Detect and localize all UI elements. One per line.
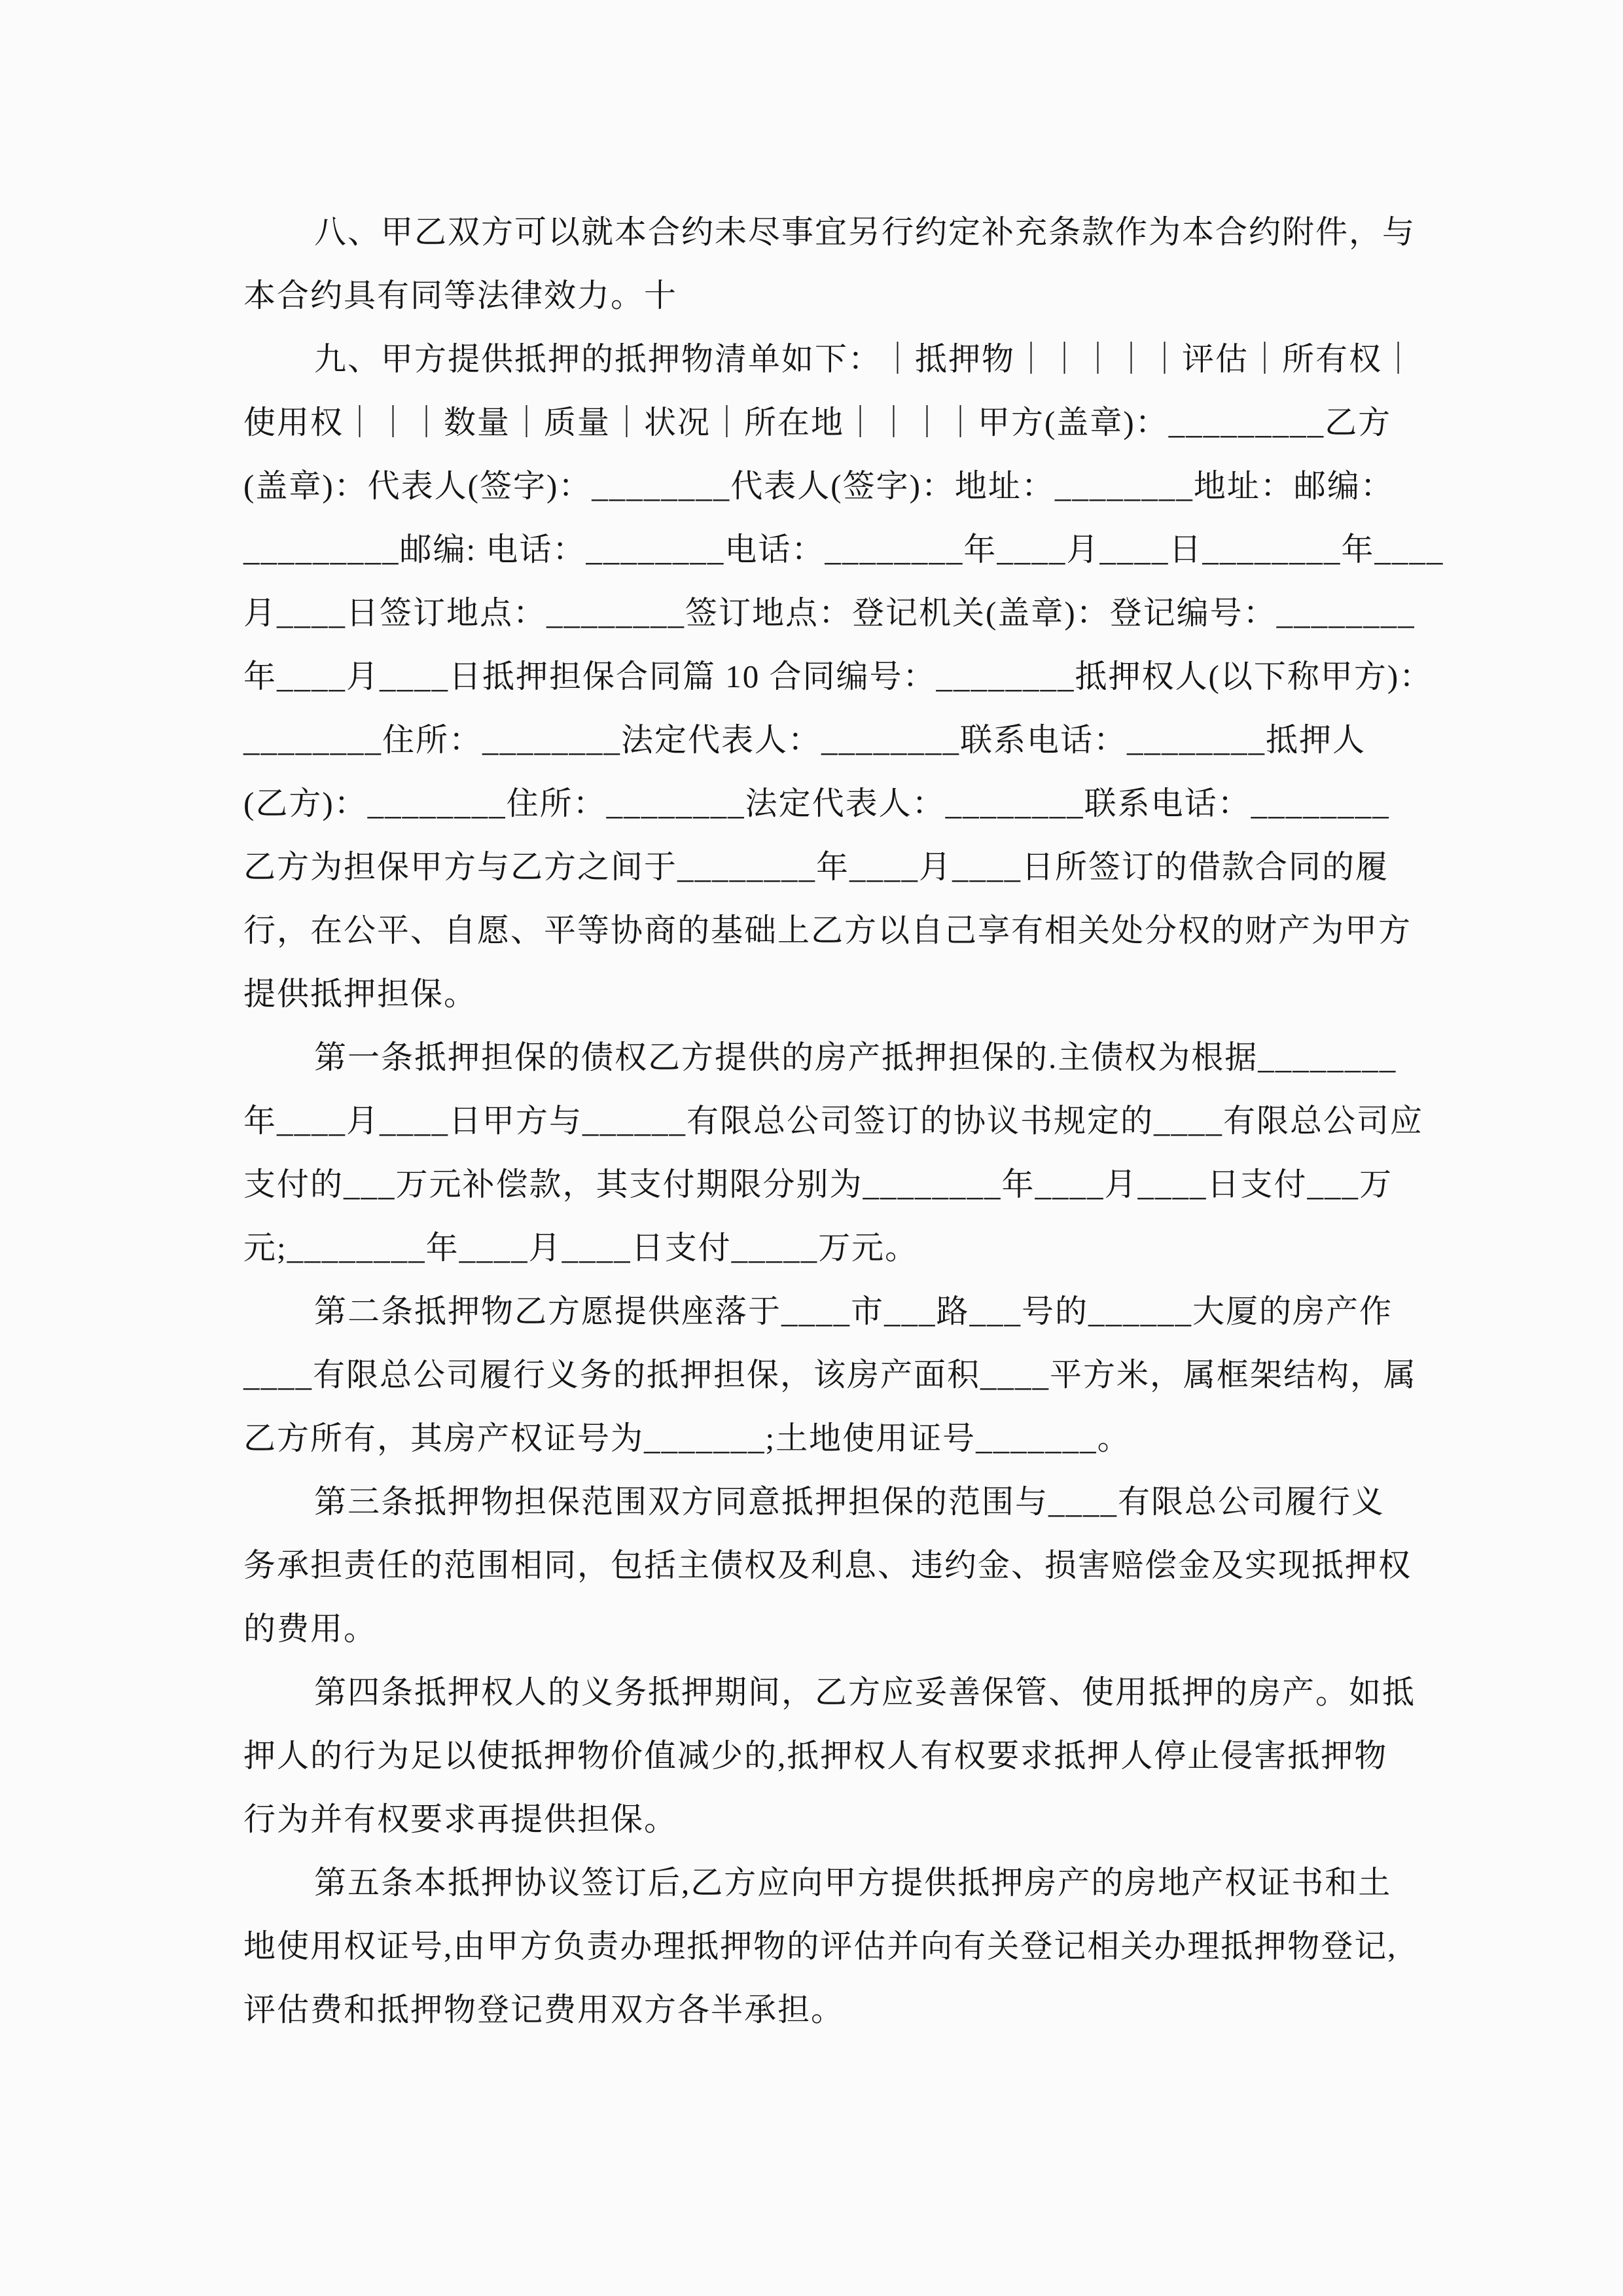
- text-line: 年____月____日抵押担保合同篇 10 合同编号：________抵押权人(…: [243, 645, 1408, 708]
- text-line: 行，在公平、自愿、平等协商的基础上乙方以自己享有相关处分权的财产为甲方: [243, 899, 1408, 962]
- text-line: 八、甲乙双方可以就本合约未尽事宜另行约定补充条款作为本合约附件，与: [243, 200, 1408, 264]
- text-line: 评估费和抵押物登记费用双方各半承担。: [243, 1978, 1408, 2041]
- paragraph: 第一条抵押担保的债权乙方提供的房产抵押担保的.主债权为根据________年__…: [243, 1026, 1408, 1280]
- paragraph: 第五条本抵押协议签订后,乙方应向甲方提供抵押房产的房地产权证书和土地使用权证号,…: [243, 1851, 1408, 2041]
- text-line: 九、甲方提供抵押的抵押物清单如下：｜抵押物｜｜｜｜｜评估｜所有权｜: [243, 327, 1408, 391]
- text-line: (乙方)：________住所：________法定代表人：________联系…: [243, 772, 1408, 835]
- paragraph: 九、甲方提供抵押的抵押物清单如下：｜抵押物｜｜｜｜｜评估｜所有权｜使用权｜｜｜数…: [243, 327, 1408, 1026]
- text-line: 第五条本抵押协议签订后,乙方应向甲方提供抵押房产的房地产权证书和土: [243, 1851, 1408, 1914]
- text-line: 月____日签订地点：________签订地点：登记机关(盖章)：登记编号：__…: [243, 581, 1408, 645]
- text-line: 年____月____日甲方与______有限总公司签订的协议书规定的____有限…: [243, 1089, 1408, 1153]
- paragraph: 八、甲乙双方可以就本合约未尽事宜另行约定补充条款作为本合约附件，与本合约具有同等…: [243, 200, 1408, 327]
- text-line: 提供抵押担保。: [243, 962, 1408, 1026]
- document-page: 八、甲乙双方可以就本合约未尽事宜另行约定补充条款作为本合约附件，与本合约具有同等…: [0, 0, 1623, 2296]
- text-line: 支付的___万元补偿款，其支付期限分别为________年____月____日支…: [243, 1153, 1408, 1216]
- text-line: 本合约具有同等法律效力。十: [243, 264, 1408, 327]
- text-line: ________住所：________法定代表人：________联系电话：__…: [243, 708, 1408, 772]
- text-line: _________邮编: 电话：________电话：________年____…: [243, 518, 1408, 581]
- text-line: (盖章)：代表人(签字)：________代表人(签字)：地址：________…: [243, 454, 1408, 518]
- text-line: 务承担责任的范围相同，包括主债权及利息、违约金、损害赔偿金及实现抵押权: [243, 1534, 1408, 1597]
- text-line: 第一条抵押担保的债权乙方提供的房产抵押担保的.主债权为根据________: [243, 1026, 1408, 1089]
- paragraph: 第二条抵押物乙方愿提供座落于____市___路___号的______大厦的房产作…: [243, 1280, 1408, 1470]
- text-line: 地使用权证号,由甲方负责办理抵押物的评估并向有关登记相关办理抵押物登记,: [243, 1914, 1408, 1978]
- text-line: 元;________年____月____日支付_____万元。: [243, 1216, 1408, 1280]
- paragraph: 第四条抵押权人的义务抵押期间，乙方应妥善保管、使用抵押的房产。如抵押人的行为足以…: [243, 1660, 1408, 1851]
- text-line: 的费用。: [243, 1597, 1408, 1660]
- text-line: ____有限总公司履行义务的抵押担保，该房产面积____平方米，属框架结构，属: [243, 1343, 1408, 1407]
- text-line: 第三条抵押物担保范围双方同意抵押担保的范围与____有限总公司履行义: [243, 1470, 1408, 1534]
- text-line: 第四条抵押权人的义务抵押期间，乙方应妥善保管、使用抵押的房产。如抵: [243, 1660, 1408, 1724]
- text-line: 行为并有权要求再提供担保。: [243, 1787, 1408, 1851]
- text-line: 乙方为担保甲方与乙方之间于________年____月____日所签订的借款合同…: [243, 835, 1408, 899]
- text-line: 第二条抵押物乙方愿提供座落于____市___路___号的______大厦的房产作: [243, 1280, 1408, 1343]
- document-body: 八、甲乙双方可以就本合约未尽事宜另行约定补充条款作为本合约附件，与本合约具有同等…: [243, 200, 1408, 2041]
- text-line: 乙方所有，其房产权证号为_______;土地使用证号_______。: [243, 1407, 1408, 1470]
- text-line: 押人的行为足以使抵押物价值减少的,抵押权人有权要求抵押人停止侵害抵押物: [243, 1724, 1408, 1787]
- paragraph: 第三条抵押物担保范围双方同意抵押担保的范围与____有限总公司履行义务承担责任的…: [243, 1470, 1408, 1660]
- text-line: 使用权｜｜｜数量｜质量｜状况｜所在地｜｜｜｜甲方(盖章)：_________乙方: [243, 391, 1408, 454]
